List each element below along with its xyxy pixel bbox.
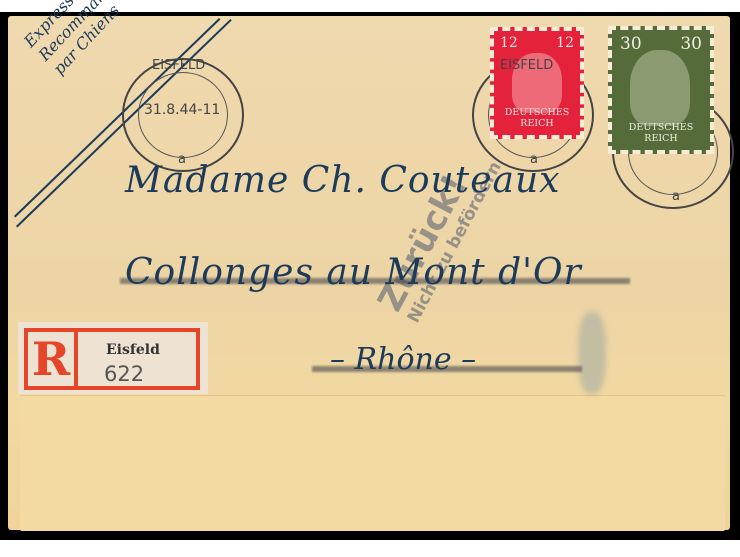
stamp-30-pfennig: 30 30 DEUTSCHES REICH [608, 26, 714, 154]
envelope-flap [20, 395, 725, 531]
address-line-1: Madame Ch. Couteaux [125, 160, 560, 201]
registration-number: 622 [104, 362, 144, 386]
stamp-12-pfennig: 12 12 DEUTSCHES REICH [490, 27, 584, 139]
portrait-icon [630, 50, 690, 126]
address-line-2: Collonges au Mont d'Or [125, 252, 582, 293]
registration-place: Eisfeld [106, 342, 160, 358]
address-line-3: – Rhône – [330, 342, 476, 377]
registration-label: R Eisfeld 622 [18, 322, 208, 394]
postmark-eisfeld-1: EISFELD 31.8.44-11 a [122, 58, 244, 172]
image-border-bottom [0, 540, 740, 557]
registration-letter: R [28, 332, 78, 386]
ink-smudge [578, 312, 606, 394]
